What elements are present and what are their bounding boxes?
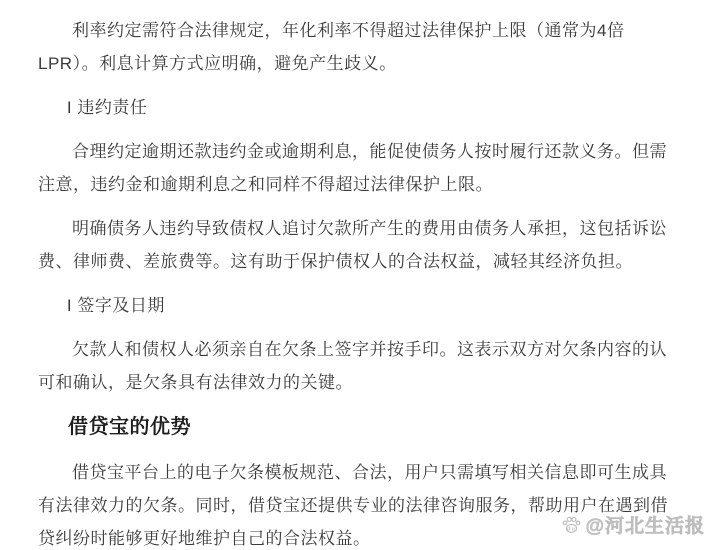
paragraph-signature-requirement: 欠款人和债权人必须亲自在欠条上签字并按手印。这表示双方对欠条内容的认可和确认，是… [38,333,678,399]
paragraph-recovery-costs: 明确债务人违约导致债权人追讨欠款所产生的费用由债务人承担，这包括诉讼费、律师费、… [38,212,678,278]
paragraph-jiedaibao-platform: 借贷宝平台上的电子欠条模板规范、合法，用户只需填写相关信息即可生成具有法律效力的… [38,456,678,550]
subheading-breach-liability: I 违约责任 [38,91,678,124]
article-page: 利率约定需符合法律规定，年化利率不得超过法律保护上限（通常为4倍LPR）。利息计… [0,0,716,550]
paragraph-interest-rate: 利率约定需符合法律规定，年化利率不得超过法律保护上限（通常为4倍LPR）。利息计… [38,14,678,80]
subheading-signature-date: I 签字及日期 [38,289,678,322]
paragraph-overdue-penalty: 合理约定逾期还款违约金或逾期利息，能促使债务人按时履行还款义务。但需注意，违约金… [38,135,678,201]
section-heading-jiedaibao-advantages: 借贷宝的优势 [38,410,678,445]
